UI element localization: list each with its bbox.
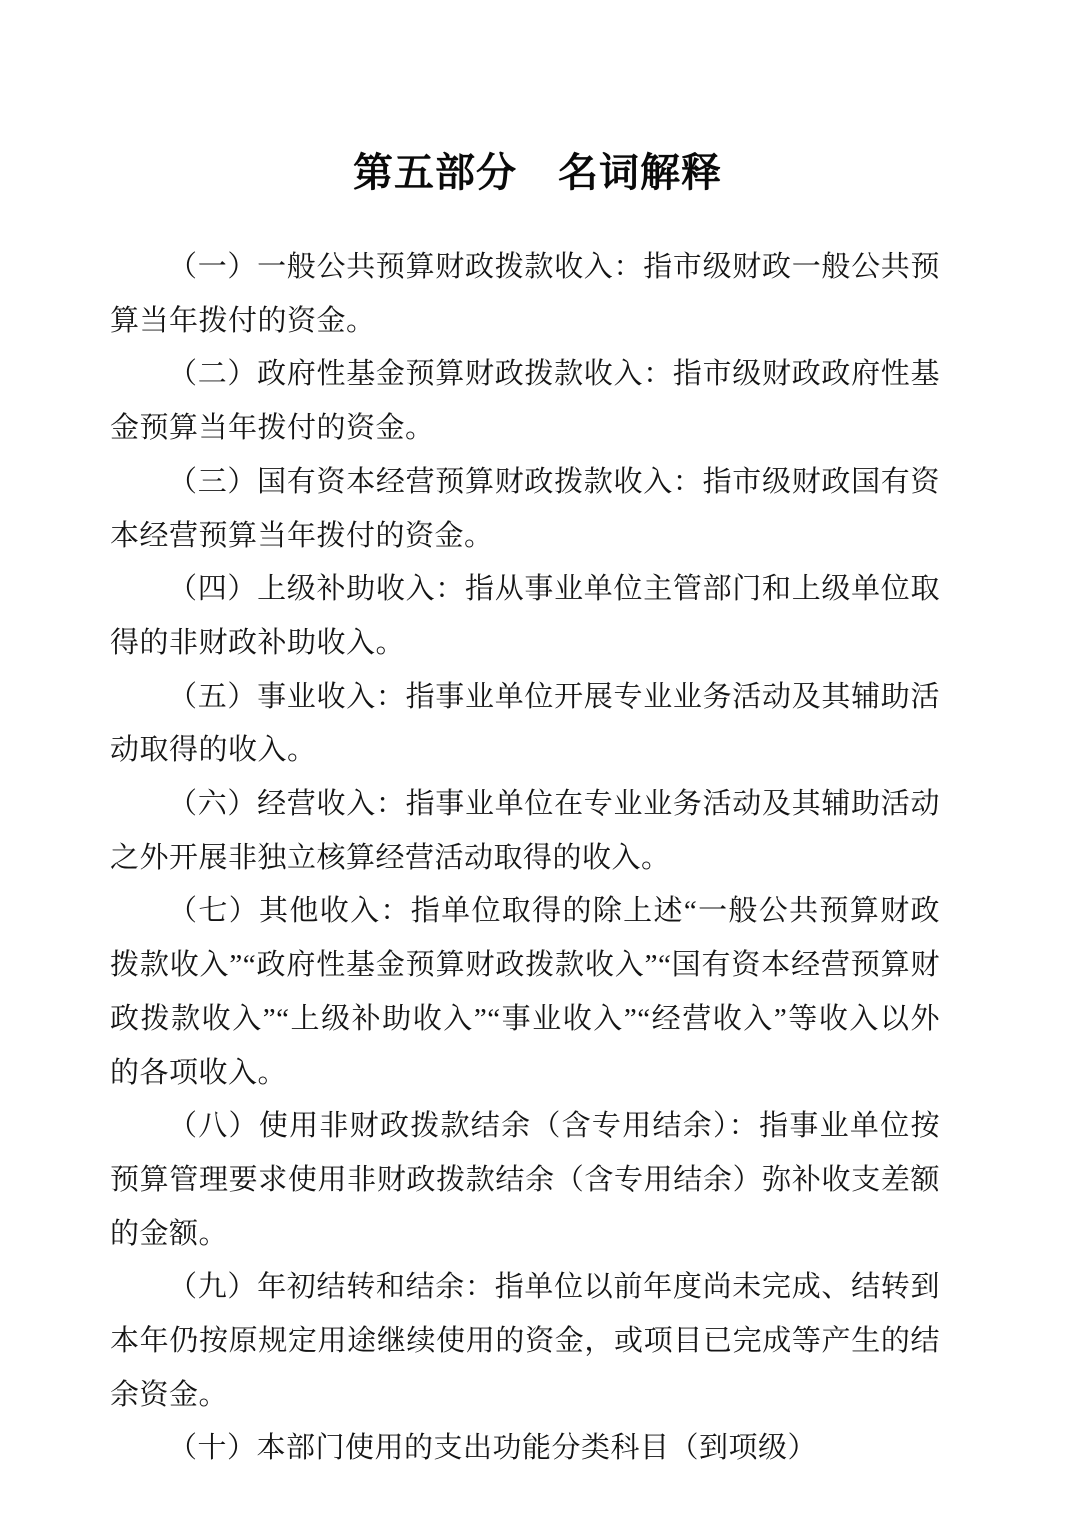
glossary-paragraph: （十）本部门使用的支出功能分类科目（到项级） (110, 1422, 940, 1476)
glossary-paragraph: （八）使用非财政拨款结余（含专用结余）：指事业单位按预算管理要求使用非财政拨款结… (110, 1100, 940, 1261)
document-body: （一）一般公共预算财政拨款收入：指市级财政一般公共预算当年拨付的资金。（二）政府… (110, 241, 940, 1476)
glossary-paragraph: （一）一般公共预算财政拨款收入：指市级财政一般公共预算当年拨付的资金。 (110, 241, 940, 348)
glossary-paragraph: （三）国有资本经营预算财政拨款收入：指市级财政国有资本经营预算当年拨付的资金。 (110, 456, 940, 563)
glossary-paragraph: （六）经营收入：指事业单位在专业业务活动及其辅助活动之外开展非独立核算经营活动取… (110, 778, 940, 885)
glossary-paragraph: （五）事业收入：指事业单位开展专业业务活动及其辅助活动取得的收入。 (110, 671, 940, 778)
page-title: 第五部分 名词解释 (0, 0, 1075, 196)
glossary-paragraph: （二）政府性基金预算财政拨款收入：指市级财政政府性基金预算当年拨付的资金。 (110, 348, 940, 455)
glossary-paragraph: （四）上级补助收入：指从事业单位主管部门和上级单位取得的非财政补助收入。 (110, 563, 940, 670)
glossary-paragraph: （七）其他收入：指单位取得的除上述“一般公共预算财政拨款收入”“政府性基金预算财… (110, 885, 940, 1100)
document-page: 第五部分 名词解释 （一）一般公共预算财政拨款收入：指市级财政一般公共预算当年拨… (0, 0, 1075, 1521)
glossary-paragraph: （九）年初结转和结余：指单位以前年度尚未完成、结转到本年仍按原规定用途继续使用的… (110, 1261, 940, 1422)
